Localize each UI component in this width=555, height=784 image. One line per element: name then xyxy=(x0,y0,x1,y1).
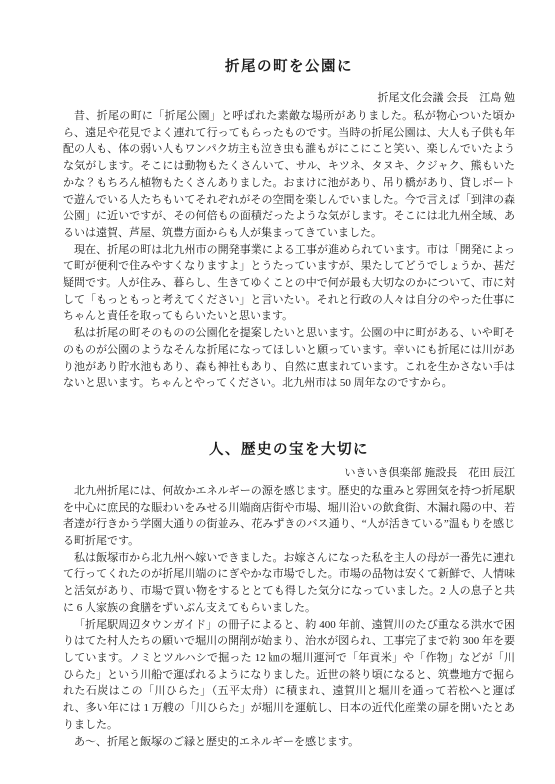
article-1-paragraph-2: 現在、折尾の町は北九州市の開発事業による工事が進められています。市は「開発によっ… xyxy=(63,242,515,326)
document-page: 折尾の町を公園に 折尾文化会議 会長 江島 勉 昔、折尾の町に「折尾公園」と呼ば… xyxy=(0,0,555,784)
article-1-title: 折尾の町を公園に xyxy=(63,55,515,76)
article-2-title: 人、歴史の宝を大切に xyxy=(63,438,515,459)
document-content: 折尾の町を公園に 折尾文化会議 会長 江島 勉 昔、折尾の町に「折尾公園」と呼ば… xyxy=(63,55,515,750)
article-2-paragraph-2: 私は飯塚市から北九州へ嫁いできました。お嫁さんになった私を主人の母が一番先に連れ… xyxy=(63,550,515,617)
article-2-paragraph-1: 北九州折尾には、何故かエネルギーの源を感じます。歴史的な重みと雰囲気を持つ折尾駅… xyxy=(63,483,515,550)
article-1-paragraph-3: 私は折尾の町そのものの公園化を提案したいと思います。公園の中に町がある、いや町そ… xyxy=(63,325,515,392)
article-1: 折尾の町を公園に 折尾文化会議 会長 江島 勉 昔、折尾の町に「折尾公園」と呼ば… xyxy=(63,55,515,392)
article-1-paragraph-1: 昔、折尾の町に「折尾公園」と呼ばれた素敵な場所がありました。私が物心ついた頃から… xyxy=(63,108,515,242)
article-2-byline: いきいき倶楽部 施設長 花田 辰江 xyxy=(63,464,515,480)
article-2: 人、歴史の宝を大切に いきいき倶楽部 施設長 花田 辰江 北九州折尾には、何故か… xyxy=(63,438,515,750)
article-1-body: 昔、折尾の町に「折尾公園」と呼ばれた素敵な場所がありました。私が物心ついた頃から… xyxy=(63,108,515,392)
article-2-paragraph-3: 「折尾駅周辺タウンガイド」の冊子によると、約 400 年前、遠賀川のたび重なる洪… xyxy=(63,617,515,734)
article-2-paragraph-4: あ～、折尾と飯塚のご縁と歴史的エネルギーを感じます。 xyxy=(63,734,515,751)
article-1-byline: 折尾文化会議 会長 江島 勉 xyxy=(63,89,515,105)
article-2-body: 北九州折尾には、何故かエネルギーの源を感じます。歴史的な重みと雰囲気を持つ折尾駅… xyxy=(63,483,515,750)
